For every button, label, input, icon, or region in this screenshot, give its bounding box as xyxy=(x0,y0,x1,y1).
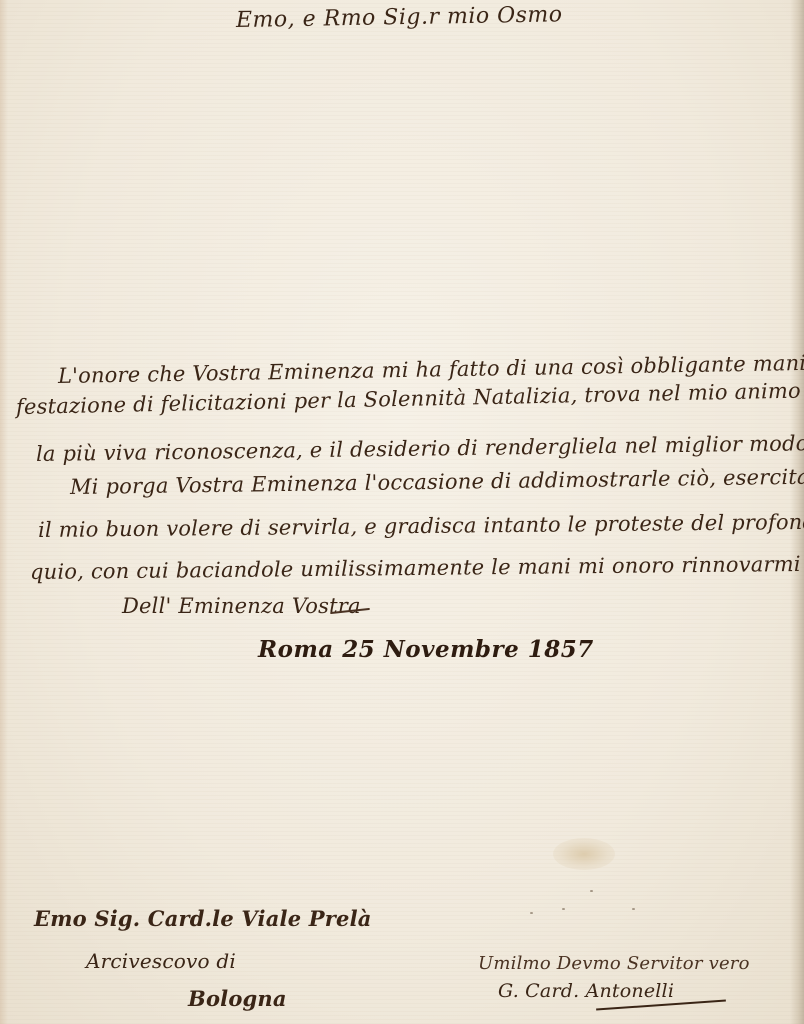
body-line: Mi porga Vostra Eminenza l'occasione di … xyxy=(70,464,804,499)
body-line: la più viva riconoscenza, e il desiderio… xyxy=(36,430,804,466)
paper-speck xyxy=(632,908,635,910)
recipient-title: Arcivescovo di xyxy=(86,949,236,973)
body-line: quio, con cui baciandole umilissimamente… xyxy=(30,552,801,584)
recipient-city: Bologna xyxy=(188,986,287,1011)
paper-left-edge xyxy=(0,0,8,1024)
letter-page: Emo, e Rmo Sig.r mio Osmo L'onore che Vo… xyxy=(0,0,804,1024)
paper-speck xyxy=(590,890,593,892)
paper-speck xyxy=(562,908,565,910)
signature-name: G. Card. Antonelli xyxy=(498,980,674,1002)
closing-formula: Dell' Eminenza Vostra xyxy=(122,594,361,618)
body-line: il mio buon volere di servirla, e gradis… xyxy=(38,509,804,542)
paper-speck xyxy=(530,912,533,914)
salutation: Emo, e Rmo Sig.r mio Osmo xyxy=(236,2,563,33)
paper-stain xyxy=(553,838,615,870)
signature-formula: Umilmo Devmo Servitor vero xyxy=(478,953,750,974)
recipient-name: Emo Sig. Card.le Viale Prelà xyxy=(34,906,372,931)
dateline: Roma 25 Novembre 1857 xyxy=(258,636,594,663)
